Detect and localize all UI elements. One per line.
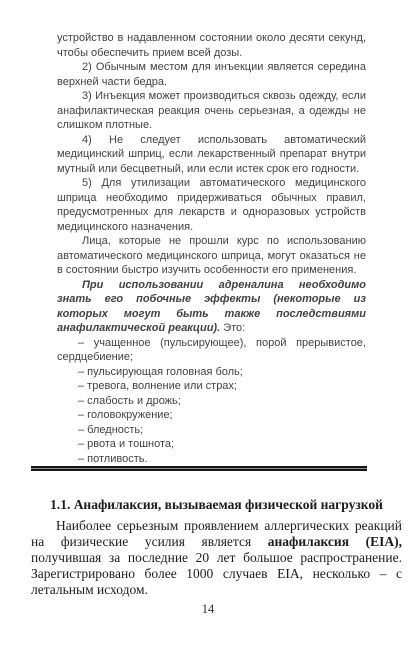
intro-continuation-paragraph: устройство в надавленном состоянии около… xyxy=(57,31,366,60)
side-effects-lead-emphasis: При использовании адреналина необходимо … xyxy=(57,279,366,335)
untrained-persons-paragraph: Лица, которые не прошли курс по использо… xyxy=(57,234,366,278)
side-effect-item: – тревога, волнение или страх; xyxy=(57,379,366,394)
side-effect-item: – пульсирующая головная боль; xyxy=(57,365,366,380)
numbered-item-5: 5) Для утилизации автоматического медици… xyxy=(57,176,366,234)
numbered-item-3: 3) Инъекция может производиться сквозь о… xyxy=(57,89,366,133)
side-effect-item: – слабость и дрожь; xyxy=(57,394,366,409)
section-paragraph-post: получившая за последние 20 лет большое р… xyxy=(31,550,402,597)
side-effect-item: – учащенное (пульсирующее), порой прерыв… xyxy=(57,336,366,365)
numbered-item-4: 4) Не следует использовать автоматически… xyxy=(57,133,366,177)
book-page: устройство в надавленном состоянии около… xyxy=(0,0,416,650)
page-number: 14 xyxy=(0,602,416,617)
section-heading: 1.1. Анафилаксия, вызываемая физической … xyxy=(31,497,402,513)
numbered-item-2: 2) Обычным местом для инъекции является … xyxy=(57,60,366,89)
side-effects-lead-plain: Это: xyxy=(220,322,245,334)
section-paragraph-bold-term: анафилаксия (EIA), xyxy=(268,534,402,549)
side-effects-lead-paragraph: При использовании адреналина необходимо … xyxy=(57,278,366,336)
section-paragraph: Наиболее серьезным проявлением аллергиче… xyxy=(31,518,402,598)
side-effect-item: – потливость. xyxy=(57,452,366,467)
side-effect-item: – рвота и тошнота; xyxy=(57,437,366,452)
section-divider-rule xyxy=(31,466,367,471)
side-effect-item: – бледность; xyxy=(57,423,366,438)
section-1-1: 1.1. Анафилаксия, вызываемая физической … xyxy=(31,497,402,598)
side-effect-item: – головокружение; xyxy=(57,408,366,423)
body-text-block: устройство в надавленном состоянии около… xyxy=(57,31,366,466)
